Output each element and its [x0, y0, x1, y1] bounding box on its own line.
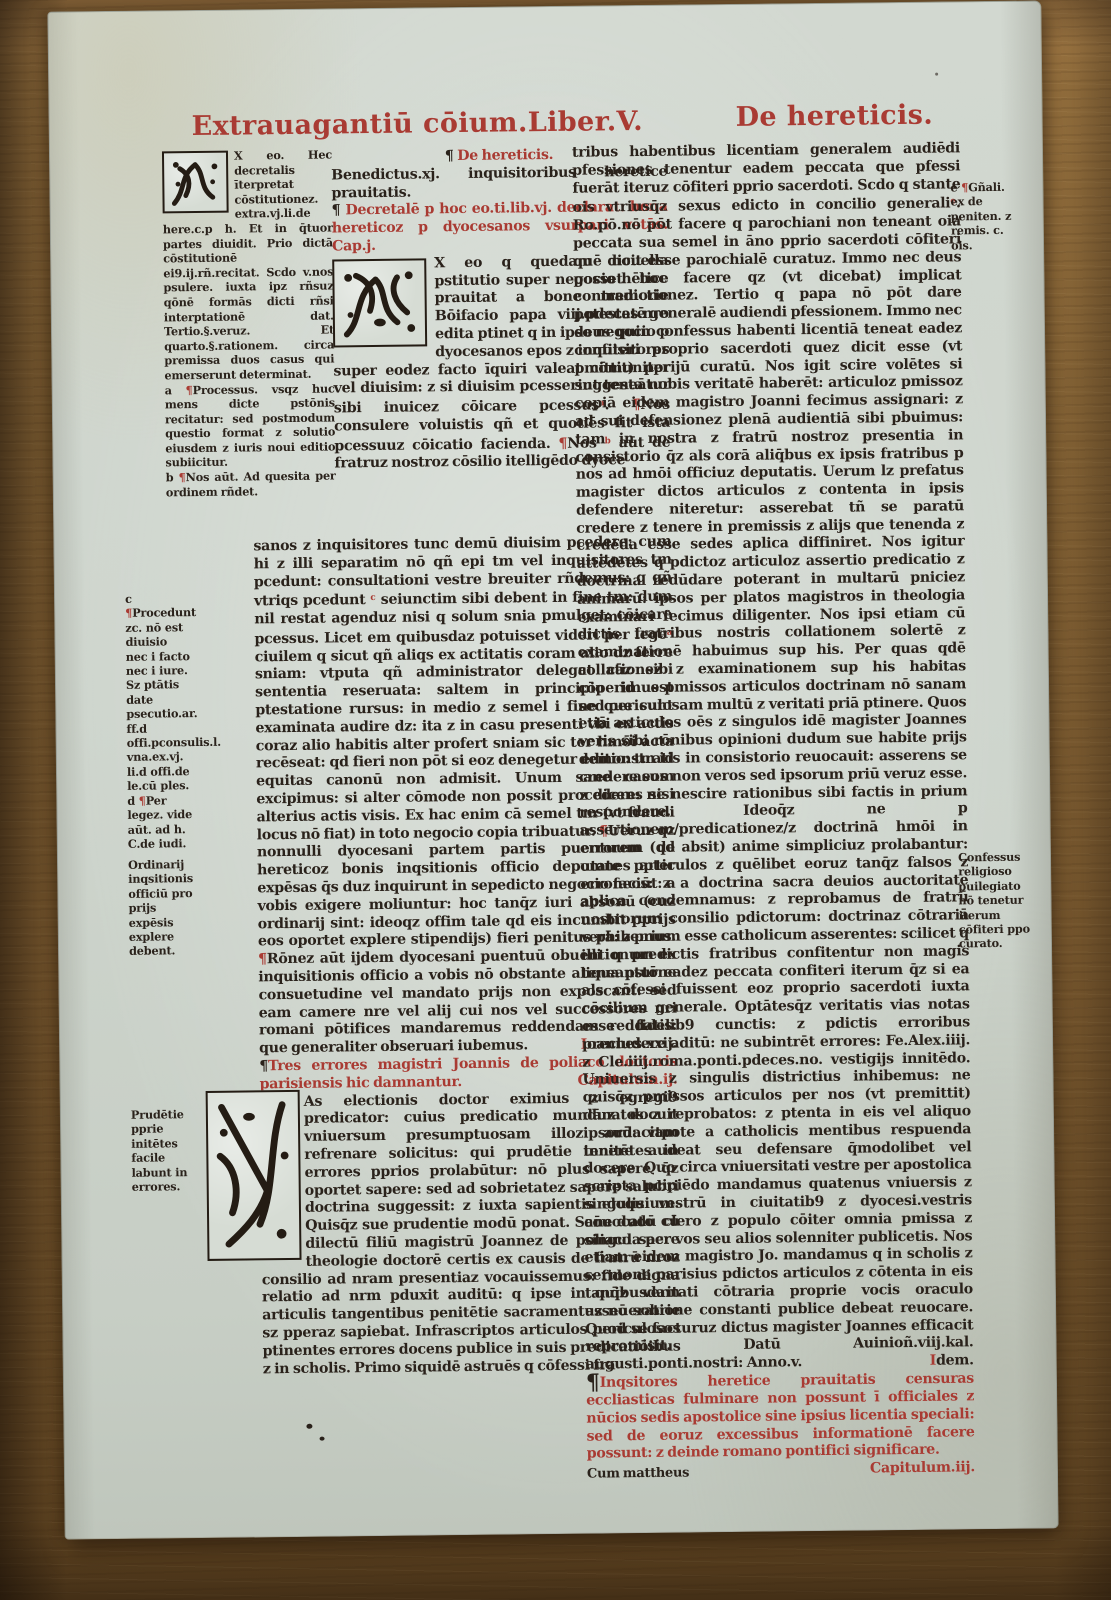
woodcut-initial-W-icon: [206, 1090, 302, 1261]
rubric-summary: ¶Inqsitores heretice prauitatis censuras…: [586, 1370, 975, 1464]
ink-speck: [306, 1424, 312, 1429]
text-segment: Procedunt zc. nō est diuisio nec i facto…: [125, 605, 221, 793]
gloss-intro: X eo. Hec decretalis īterpretat cōstitut…: [162, 147, 335, 382]
text-segment: d: [127, 793, 139, 807]
ink-speck: [320, 1437, 325, 1441]
text-segment: Idem.: [930, 1352, 974, 1370]
text-segment: Nos aūt. Ad quesita per ordinem rñdet.: [166, 469, 336, 500]
text-segment: Prudētie pprie initētes facile labunt in…: [131, 1107, 188, 1194]
text-segment: tribus habentibus licentiam generalem au…: [572, 140, 961, 216]
text-segment: c: [125, 592, 132, 606]
photo-of-incunabula-leaf: { "palette":{"ink":"#2a221b","red":"#a93…: [0, 0, 1111, 1600]
text-segment: Capitulum.iij.: [870, 1460, 975, 1479]
text-segment: Confessus religioso puilegiato nō tenetu…: [958, 850, 1030, 951]
text-segment: ¶: [258, 951, 267, 967]
text-segment: Inqsitores heretice prauitatis censuras …: [586, 1371, 975, 1463]
gloss-note-b: b ¶Nos aūt. Ad quesita per ordinem rñdet…: [166, 469, 336, 500]
text-segment: ¶: [259, 1058, 268, 1074]
right-column: tribus habentibus licentiam generalem au…: [572, 140, 975, 1483]
text-segment: e: [950, 180, 961, 194]
margin-note-confessus: Confessus religioso puilegiato nō tenetu…: [958, 850, 1037, 952]
woodcut-initial-E-icon: [332, 258, 427, 347]
text-segment: a: [165, 383, 186, 397]
running-head-right: De hereticis.: [735, 100, 933, 133]
text-segment: Ordinarij inqsitionis officiū pro prijs …: [128, 857, 193, 958]
page-leaf: Extrauagantiū cōium.Liber.V. De heretici…: [47, 0, 1058, 1539]
gloss-column: X eo. Hec decretalis īterpretat cōstitut…: [162, 147, 336, 499]
text-segment: . Ro.pō.nō pōt facere q parochiani non t…: [573, 196, 974, 1373]
text-segment: ¶: [445, 148, 458, 164]
text-segment: ¶: [558, 435, 567, 451]
margin-note-ordinarij: Ordinarij inqsitionis officiū pro prijs …: [128, 857, 195, 959]
gloss-note-a: a ¶Processus. vsqz huc mens dicte pstōni…: [165, 381, 336, 470]
margin-note-prudentie: Prudētie pprie initētes facile labunt in…: [131, 1107, 198, 1194]
text-segment: b: [166, 470, 179, 484]
paragraph: tribus habentibus licentiam generalem au…: [572, 140, 974, 1374]
ink-speck: [935, 73, 938, 76]
running-head-left: Extrauagantiū cōium.Liber.V.: [192, 106, 644, 142]
margin-note-procedunt: c ¶Procedunt zc. nō est diuisio nec i fa…: [125, 591, 194, 851]
margin-note-generali: e ¶Gñali. ex de peniten. z remis. c. ois…: [950, 180, 1017, 253]
woodcut-initial-small-icon: [162, 151, 229, 214]
text-segment: De hereticis.: [457, 147, 553, 164]
text-segment: ¶: [332, 203, 346, 219]
